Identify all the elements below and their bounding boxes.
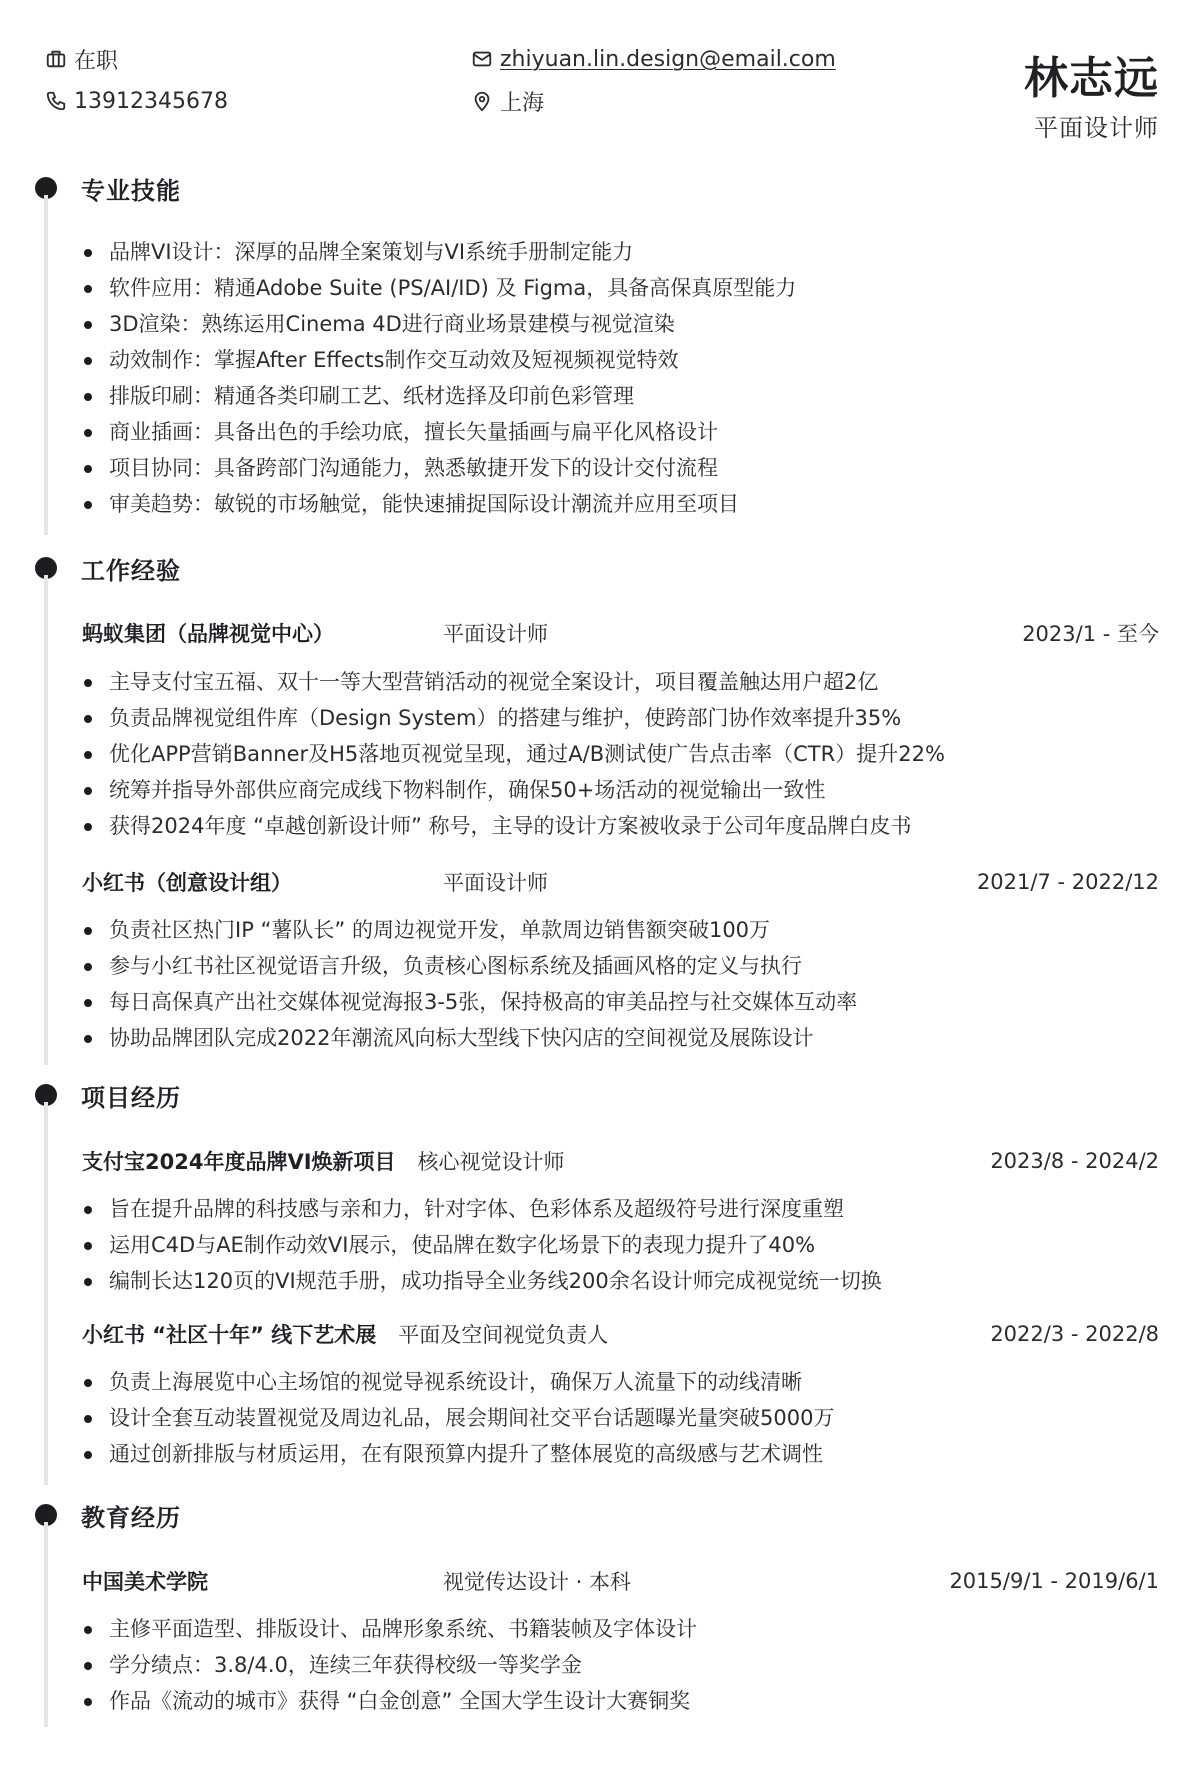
project-name: 支付宝2024年度品牌VI焕新项目: [82, 1146, 396, 1176]
contact-location: 上海: [470, 86, 544, 116]
contact-phone: 13912345678: [44, 86, 228, 116]
job-role: 平面设计师: [443, 618, 548, 648]
status-text: 在职: [74, 44, 118, 75]
section-title: 工作经验: [81, 551, 181, 586]
degree: 视觉传达设计 · 本科: [443, 1566, 631, 1596]
project-entry-header: 小红书 “社区十年” 线下艺术展 平面及空间视觉负责人 2022/3 - 202…: [82, 1318, 1159, 1350]
date-range: 2021/7 - 2022/12: [977, 870, 1159, 894]
list-item: 软件应用：精通Adobe Suite (PS/AI/ID) 及 Figma，具备…: [82, 270, 796, 306]
work-entry-header: 蚂蚁集团（品牌视觉中心） 平面设计师 2023/1 - 至今: [82, 617, 1159, 649]
location-text: 上海: [500, 86, 544, 117]
list-item: 主导支付宝五福、双十一等大型营销活动的视觉全案设计，项目覆盖触达用户超2亿: [82, 664, 945, 700]
list-item: 统筹并指导外部供应商完成线下物料制作，确保50+场活动的视觉输出一致性: [82, 772, 945, 808]
list-item: 品牌VI设计：深厚的品牌全案策划与VI系统手册制定能力: [82, 234, 796, 270]
date-range: 2023/1 - 至今: [1022, 618, 1159, 648]
list-item: 负责品牌视觉组件库（Design System）的搭建与维护，使跨部门协作效率提…: [82, 700, 945, 736]
project-name: 小红书 “社区十年” 线下艺术展: [82, 1319, 376, 1349]
mail-icon: [470, 47, 494, 71]
work-entry-header: 小红书（创意设计组） 平面设计师 2021/7 - 2022/12: [82, 866, 1159, 898]
project-bullets: 负责上海展览中心主场馆的视觉导视系统设计，确保万人流量下的动线清晰 设计全套互动…: [82, 1364, 834, 1472]
work-bullets: 负责社区热门IP “薯队长” 的周边视觉开发，单款周边销售额突破100万 参与小…: [82, 912, 857, 1056]
project-role: 核心视觉设计师: [418, 1146, 565, 1176]
list-item: 负责上海展览中心主场馆的视觉导视系统设计，确保万人流量下的动线清晰: [82, 1364, 834, 1400]
email-link[interactable]: zhiyuan.lin.design@email.com: [500, 47, 836, 72]
contact-status: 在职: [44, 44, 118, 74]
project-bullets: 旨在提升品牌的科技感与亲和力，针对字体、色彩体系及超级符号进行深度重塑 运用C4…: [82, 1191, 882, 1299]
list-item: 每日高保真产出社交媒体视觉海报3-5张，保持极高的审美品控与社交媒体互动率: [82, 984, 857, 1020]
timeline-line: [44, 195, 48, 535]
education-entry-header: 中国美术学院 视觉传达设计 · 本科 2015/9/1 - 2019/6/1: [82, 1565, 1159, 1597]
company-name: 小红书（创意设计组）: [82, 867, 443, 897]
timeline-line: [44, 1522, 48, 1727]
list-item: 协助品牌团队完成2022年潮流风向标大型线下快闪店的空间视觉及展陈设计: [82, 1020, 857, 1056]
list-item: 编制长达120页的VI规范手册，成功指导全业务线200余名设计师完成视觉统一切换: [82, 1263, 882, 1299]
list-item: 排版印刷：精通各类印刷工艺、纸材选择及印前色彩管理: [82, 378, 796, 414]
list-item: 3D渲染：熟练运用Cinema 4D进行商业场景建模与视觉渲染: [82, 306, 796, 342]
list-item: 审美趋势：敏锐的市场触觉，能快速捕捉国际设计潮流并应用至项目: [82, 486, 796, 522]
education-bullets: 主修平面造型、排版设计、品牌形象系统、书籍装帧及字体设计 学分绩点：3.8/4.…: [82, 1611, 697, 1719]
list-item: 负责社区热门IP “薯队长” 的周边视觉开发，单款周边销售额突破100万: [82, 912, 857, 948]
section-title: 教育经历: [81, 1498, 181, 1533]
list-item: 运用C4D与AE制作动效VI展示，使品牌在数字化场景下的表现力提升了40%: [82, 1227, 882, 1263]
list-item: 学分绩点：3.8/4.0，连续三年获得校级一等奖学金: [82, 1647, 697, 1683]
section-title: 项目经历: [81, 1078, 181, 1113]
list-item: 参与小红书社区视觉语言升级，负责核心图标系统及插画风格的定义与执行: [82, 948, 857, 984]
list-item: 旨在提升品牌的科技感与亲和力，针对字体、色彩体系及超级符号进行深度重塑: [82, 1191, 882, 1227]
timeline-line: [44, 1102, 48, 1485]
school-name: 中国美术学院: [82, 1566, 443, 1596]
list-item: 优化APP营销Banner及H5落地页视觉呈现，通过A/B测试使广告点击率（CT…: [82, 736, 945, 772]
list-item: 获得2024年度 “卓越创新设计师” 称号，主导的设计方案被收录于公司年度品牌白…: [82, 808, 945, 844]
list-item: 商业插画：具备出色的手绘功底，擅长矢量插画与扁平化风格设计: [82, 414, 796, 450]
briefcase-icon: [44, 47, 68, 71]
phone-number[interactable]: 13912345678: [74, 89, 228, 114]
timeline-line: [44, 575, 48, 1065]
list-item: 作品《流动的城市》获得 “白金创意” 全国大学生设计大赛铜奖: [82, 1683, 697, 1719]
list-item: 主修平面造型、排版设计、品牌形象系统、书籍装帧及字体设计: [82, 1611, 697, 1647]
skills-list: 品牌VI设计：深厚的品牌全案策划与VI系统手册制定能力 软件应用：精通Adobe…: [82, 234, 796, 522]
phone-icon: [44, 89, 68, 113]
section-title: 专业技能: [81, 171, 181, 206]
list-item: 通过创新排版与材质运用，在有限预算内提升了整体展览的高级感与艺术调性: [82, 1436, 834, 1472]
company-name: 蚂蚁集团（品牌视觉中心）: [82, 618, 443, 648]
work-bullets: 主导支付宝五福、双十一等大型营销活动的视觉全案设计，项目覆盖触达用户超2亿 负责…: [82, 664, 945, 844]
date-range: 2023/8 - 2024/2: [990, 1149, 1159, 1173]
date-range: 2022/3 - 2022/8: [990, 1322, 1159, 1346]
list-item: 项目协同：具备跨部门沟通能力，熟悉敏捷开发下的设计交付流程: [82, 450, 796, 486]
project-entry-header: 支付宝2024年度品牌VI焕新项目 核心视觉设计师 2023/8 - 2024/…: [82, 1145, 1159, 1177]
location-pin-icon: [470, 89, 494, 113]
job-role: 平面设计师: [443, 867, 548, 897]
project-role: 平面及空间视觉负责人: [398, 1319, 608, 1349]
list-item: 动效制作：掌握After Effects制作交互动效及短视频视觉特效: [82, 342, 796, 378]
candidate-title: 平面设计师: [1034, 108, 1159, 143]
contact-email: zhiyuan.lin.design@email.com: [470, 44, 836, 74]
date-range: 2015/9/1 - 2019/6/1: [949, 1569, 1159, 1593]
candidate-name: 林志远: [1024, 42, 1159, 106]
list-item: 设计全套互动装置视觉及周边礼品，展会期间社交平台话题曝光量突破5000万: [82, 1400, 834, 1436]
resume-header: 在职 13912345678 zhiyuan.lin.design@email.…: [0, 0, 1191, 150]
